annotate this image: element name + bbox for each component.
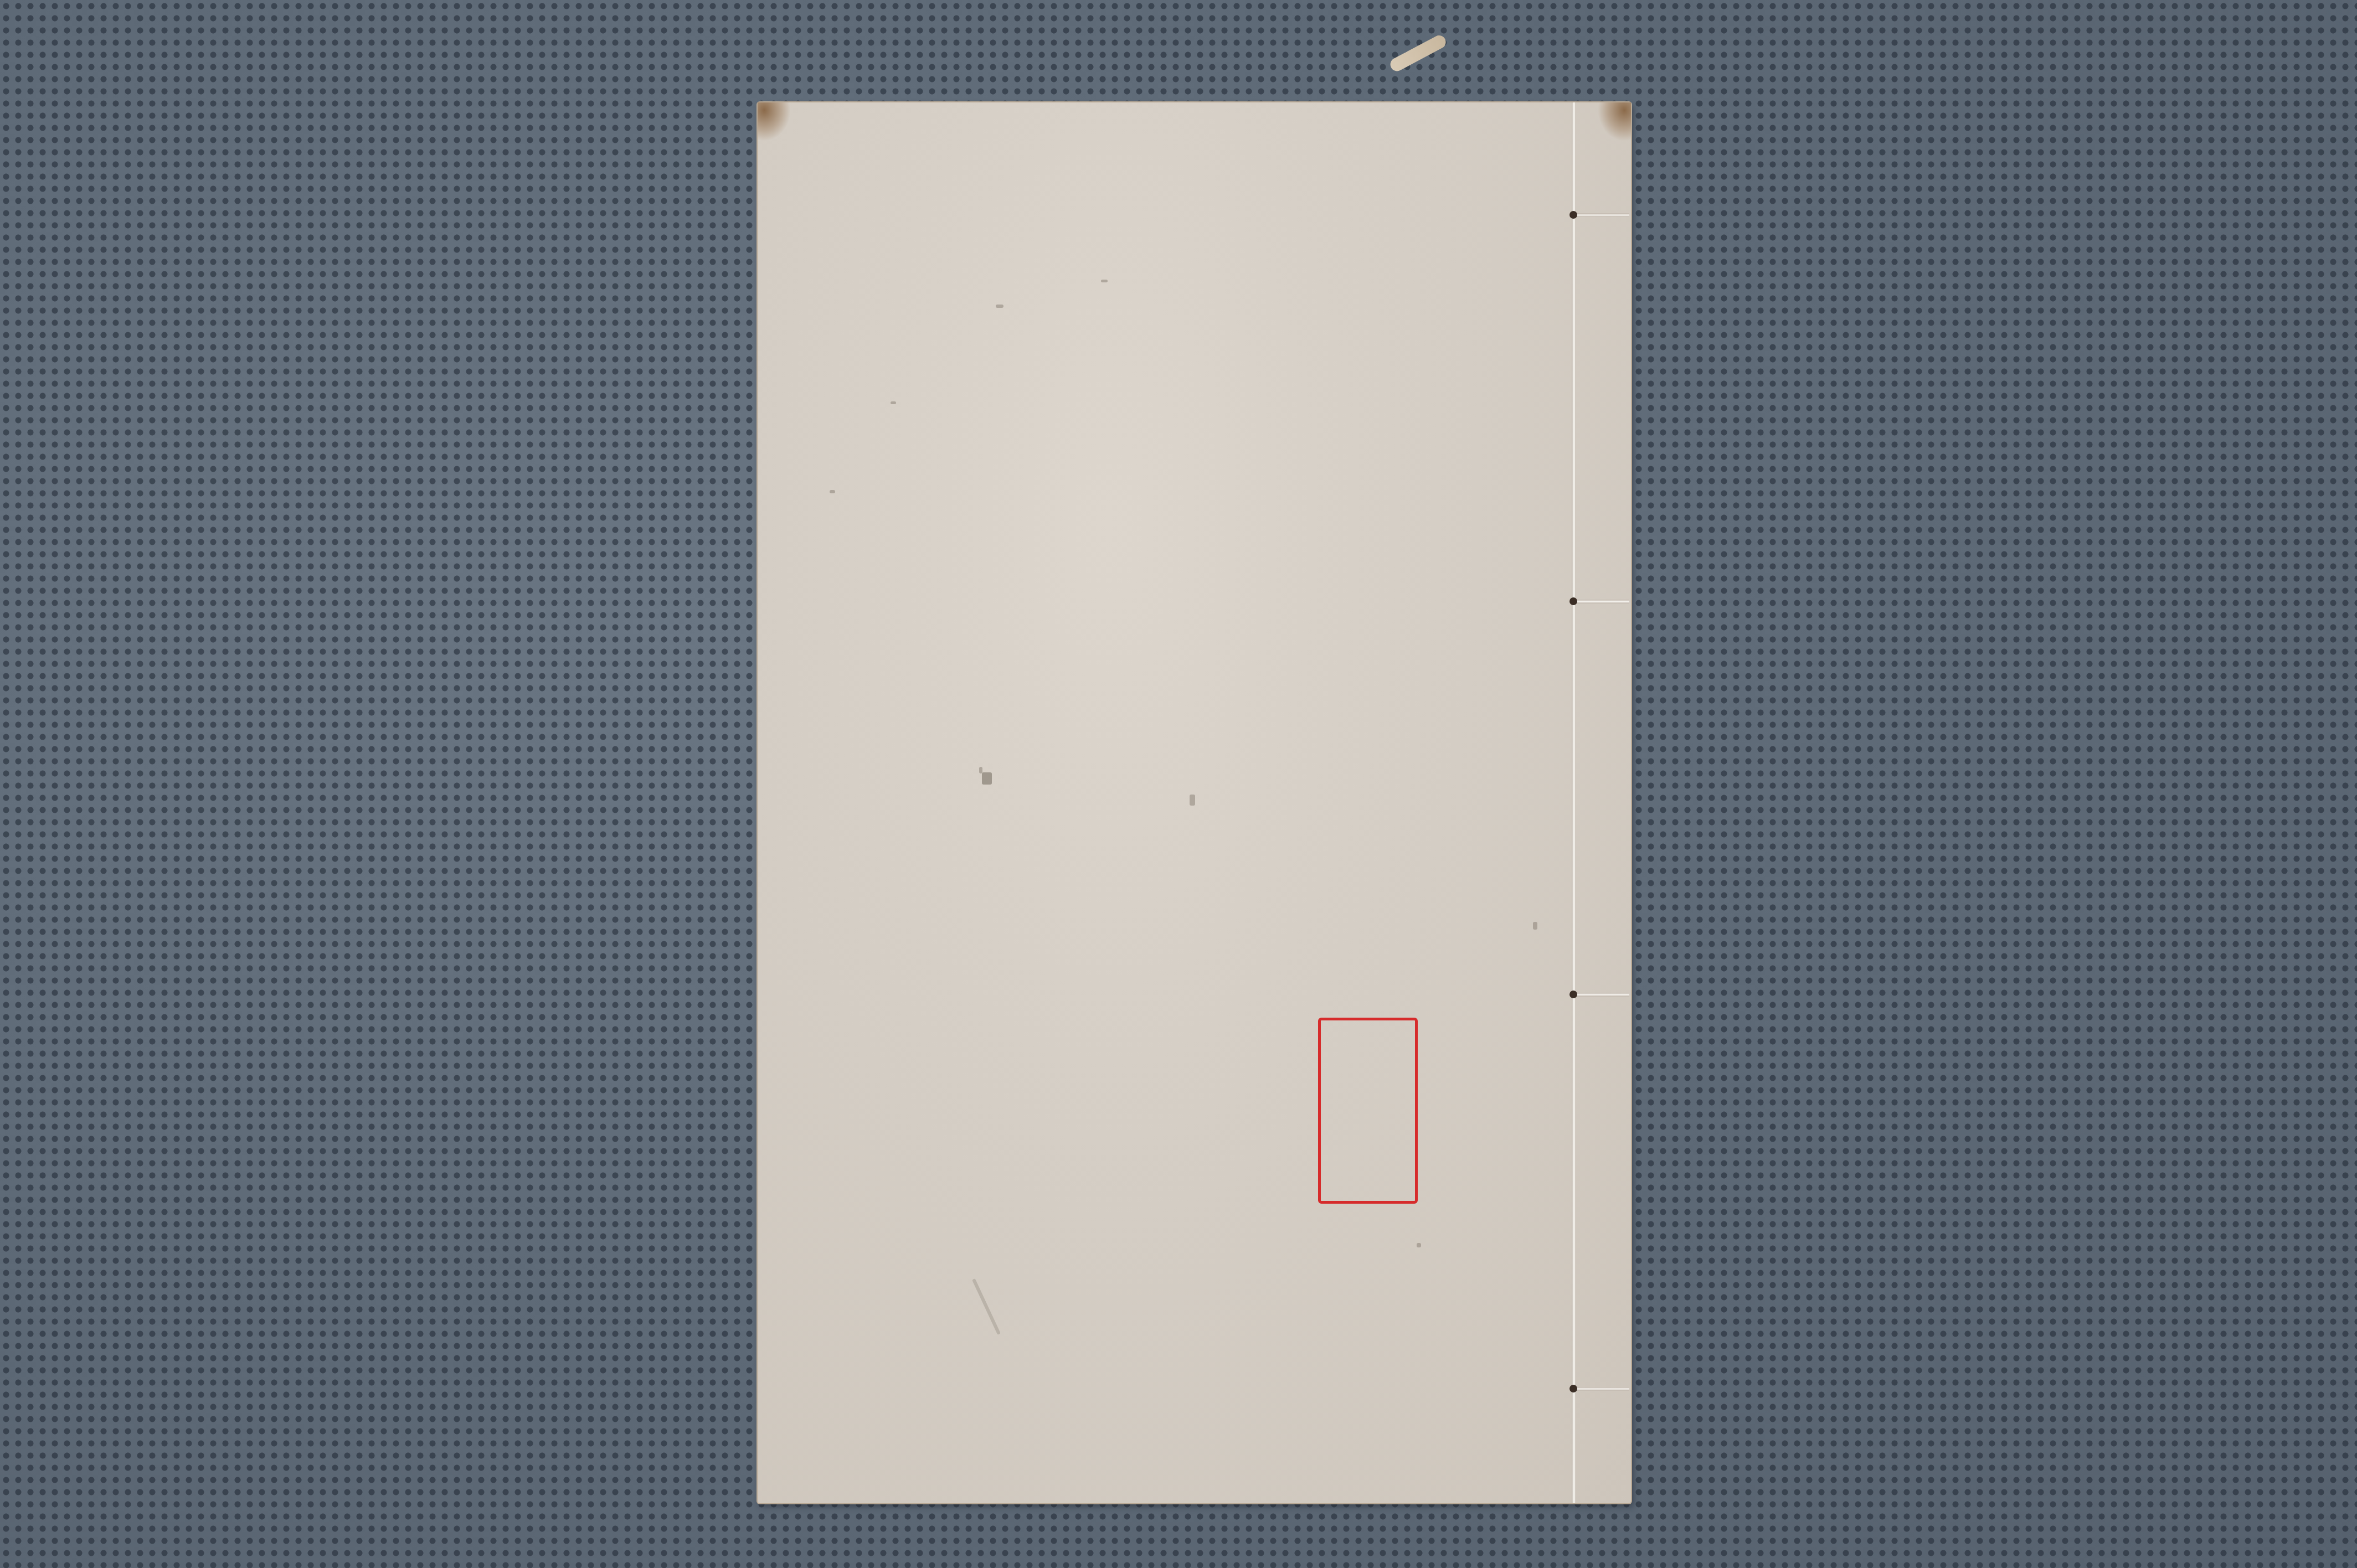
seal-character: [1324, 1025, 1368, 1082]
stitch-hole-3: [1569, 991, 1577, 998]
seal-character: [1368, 1025, 1412, 1082]
stitch-hole-1: [1569, 211, 1577, 219]
paper-speck: [1101, 280, 1108, 282]
paper-speck: [1190, 795, 1195, 806]
red-seal-stamp: [1318, 1018, 1418, 1204]
paper-speck: [1533, 922, 1537, 930]
paper-speck: [996, 305, 1003, 308]
binding-stitch-2: [1576, 600, 1629, 604]
binding-stitch-3: [1576, 993, 1629, 997]
paper-speck: [830, 490, 835, 493]
seal-character: [1324, 1139, 1368, 1196]
loose-thread-tuft: [1388, 33, 1448, 74]
thread-bound-book: [758, 102, 1631, 1503]
corner-wear-top-left: [758, 102, 791, 141]
paper-speck: [891, 401, 896, 404]
binding-stitch-1: [1576, 213, 1629, 217]
stitch-hole-4: [1569, 1385, 1577, 1392]
paper-speck: [1417, 1243, 1421, 1247]
corner-wear-top-right: [1598, 102, 1631, 141]
spine-binding-thread: [1572, 102, 1576, 1503]
stitch-hole-2: [1569, 597, 1577, 605]
paper-crease: [972, 1278, 1001, 1335]
seal-character: [1324, 1082, 1368, 1139]
paper-speck: [982, 772, 992, 785]
binding-stitch-4: [1576, 1387, 1629, 1391]
seal-character: [1368, 1082, 1412, 1139]
seal-character: [1368, 1139, 1412, 1196]
